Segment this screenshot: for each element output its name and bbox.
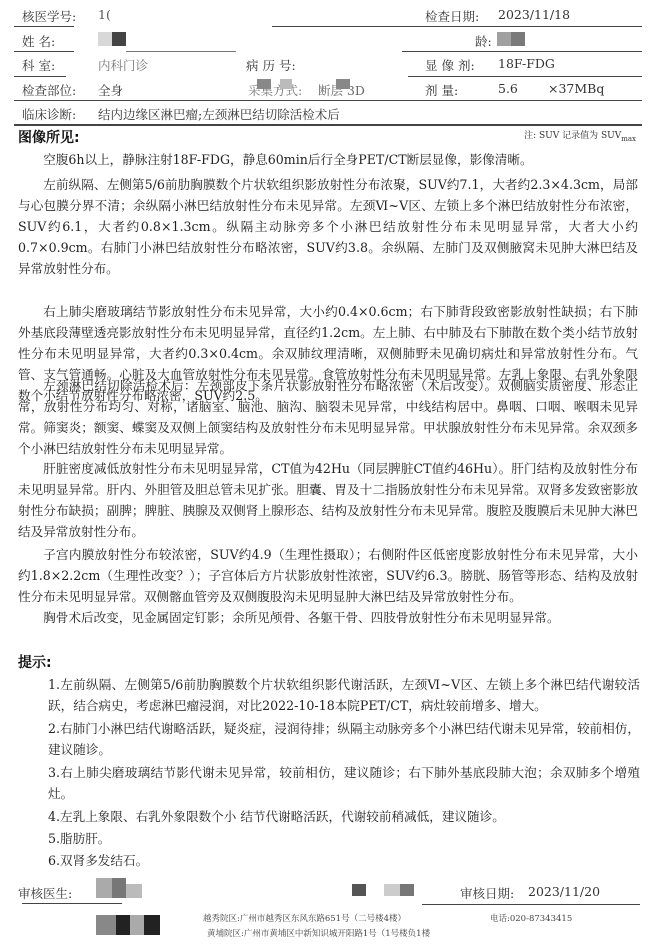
header-row-exam-id: 核医学号: 1( 检查日期: 2023/11/18 — [0, 2, 656, 27]
review-date-label: 审核日期: — [460, 884, 514, 902]
impression-title: 提示: — [18, 652, 52, 672]
findings-paragraph: 左颈淋巴结切除活检术后：左颈部皮下条片状影放射性分布略浓密（术后改变）。双侧脑实… — [18, 375, 638, 459]
reviewer-label: 审核医生: — [18, 884, 72, 902]
findings-paragraph: 胸骨术后改变，见金属固定钉影；余所见颅骨、各躯干骨、四肢骨放射性分布未见明显异常… — [18, 607, 638, 628]
redacted-block — [280, 79, 292, 89]
record-no-label: 病 历 号: — [246, 56, 296, 74]
findings-paragraph: 左前纵隔、左侧第5/6前肋胸膜数个片状软组织影放射性分布浓聚，SUV约7.1，大… — [18, 174, 638, 279]
redacted-signature — [352, 884, 366, 896]
diagnosis-label: 临床诊断: — [22, 105, 76, 123]
impression-item: 1.左前纵隔、左侧第5/6前肋胸膜数个片状软组织影代谢活跃，左颈Ⅵ~Ⅴ区、左锁上… — [48, 674, 640, 716]
exam-id-label: 核医学号: — [22, 7, 76, 25]
redacted-signature — [126, 884, 142, 898]
impression-item: 2.右肺门小淋巴结代谢略活跃，疑炎症，浸润待排；纵隔主动脉旁多个小淋巴结代谢未见… — [48, 718, 640, 760]
findings-title: 图像所见: — [18, 127, 80, 147]
header-row-name: 姓 名: 龄: — [0, 27, 656, 52]
header-row-exam-site: 检查部位: 全身 采集方式: 断层 3D 剂 量: 5.6 ×37MBq — [0, 76, 656, 101]
findings-paragraph: 子宫内膜放射性分布较浓密，SUV约4.9（生理性摄取）；右侧附件区低密度影放射性… — [18, 544, 638, 607]
age-label: 龄: — [475, 32, 492, 50]
suv-note: 注: SUV 记录值为 SUVmax — [524, 128, 636, 143]
diagnosis-value: 结内边缘区淋巴瘤;左颈淋巴结切除活检术后 — [98, 105, 340, 123]
redacted-logo — [144, 915, 160, 935]
address-huangpu: 黄埔院区:广州市黄埔区中新知识城开阳路1号（1号楼负1楼 — [207, 927, 430, 939]
redacted-logo — [116, 915, 130, 935]
redacted-name — [98, 32, 112, 46]
name-label: 姓 名: — [22, 32, 55, 50]
impression-item: 3.右上肺尖磨玻璃结节影代谢未见异常，较前相仿，建议随诊；右下肺外基底段肺大泡；… — [48, 762, 640, 804]
header-row-diagnosis: 临床诊断: 结内边缘区淋巴瘤;左颈淋巴结切除活检术后 — [0, 100, 656, 125]
exam-id-value: 1( — [98, 7, 111, 22]
address-yuexiu: 越秀院区:广州市越秀区东风东路651号（二号楼4楼） — [203, 912, 406, 924]
impression-item: 6.双肾多发结石。 — [48, 850, 640, 871]
exam-site-label: 检查部位: — [22, 81, 76, 99]
redacted-signature — [384, 884, 400, 896]
redacted-name — [112, 32, 126, 46]
suv-note-text: 注: SUV 记录值为 SUV — [524, 131, 621, 141]
redacted-block — [336, 79, 350, 89]
department-value: 内科门诊 — [98, 56, 148, 74]
header-row-department: 科 室: 内科门诊 病 历 号: 显 像 剂: 18F-FDG — [0, 51, 656, 76]
dose-label: 剂 量: — [425, 81, 458, 99]
review-date-value: 2023/11/20 — [528, 884, 600, 899]
exam-site-value: 全身 — [98, 81, 123, 99]
redacted-signature — [112, 878, 126, 898]
redacted-block — [257, 79, 271, 89]
signature-underline — [22, 903, 122, 904]
redacted-logo — [130, 915, 144, 935]
department-label: 科 室: — [22, 56, 55, 74]
tracer-label: 显 像 剂: — [425, 56, 475, 74]
divider — [422, 904, 640, 905]
exam-date-label: 检查日期: — [425, 7, 479, 25]
dose-value: 5.6 — [498, 81, 518, 96]
redacted-logo — [96, 915, 116, 935]
redacted-age — [511, 32, 525, 46]
redacted-signature — [400, 884, 414, 896]
redacted-age — [497, 32, 511, 46]
divider — [14, 124, 642, 126]
dose-unit: ×37MBq — [548, 81, 604, 96]
redacted-signature — [96, 878, 112, 898]
exam-date-value: 2023/11/18 — [498, 7, 570, 22]
impression-item: 5.脂肪肝。 — [48, 828, 640, 849]
findings-paragraph: 空腹6h以上，静脉注射18F-FDG，静息60min后行全身PET/CT断层显像… — [18, 149, 638, 170]
findings-paragraph: 肝脏密度减低放射性分布未见明显异常，CT值为42Hu（同层脾脏CT值约46Hu）… — [18, 458, 638, 542]
impression-item: 4.左乳上象限、右乳外象限数个小 结节代谢略活跃，代谢较前稍减低，建议随诊。 — [48, 806, 640, 827]
suv-note-sub: max — [621, 135, 636, 143]
phone: 电话:020-87343415 — [490, 912, 572, 924]
tracer-value: 18F-FDG — [498, 56, 555, 71]
